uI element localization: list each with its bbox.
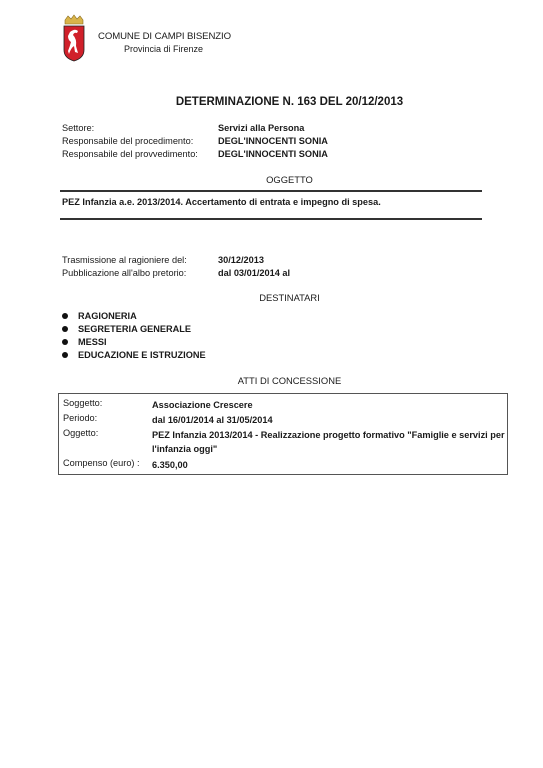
transmission-value: 30/12/2013 bbox=[218, 255, 264, 265]
atti-label-oggetto: Oggetto: bbox=[63, 428, 98, 438]
publication-value: dal 03/01/2014 al bbox=[218, 268, 290, 278]
divider bbox=[60, 218, 482, 220]
atti-value-compenso: 6.350,00 bbox=[152, 458, 507, 472]
bullet-icon bbox=[62, 326, 68, 332]
meta-label-settore: Settore: bbox=[62, 123, 94, 133]
divider bbox=[60, 190, 482, 192]
atti-label-periodo: Periodo: bbox=[63, 413, 97, 423]
atti-label-soggetto: Soggetto: bbox=[63, 398, 102, 408]
destinatari-heading: DESTINATARI bbox=[0, 292, 543, 303]
coat-of-arms-icon bbox=[62, 14, 86, 62]
document-title: DETERMINAZIONE N. 163 DEL 20/12/2013 bbox=[0, 96, 543, 108]
meta-value-procedimento: DEGL'INNOCENTI SONIA bbox=[218, 136, 328, 146]
atti-value-soggetto: Associazione Crescere bbox=[152, 398, 507, 412]
atti-value-oggetto: PEZ Infanzia 2013/2014 - Realizzazione p… bbox=[152, 428, 507, 456]
province-name: Provincia di Firenze bbox=[124, 44, 203, 54]
destinatari-list: RAGIONERIA SEGRETERIA GENERALE MESSI EDU… bbox=[62, 310, 206, 362]
list-item: RAGIONERIA bbox=[62, 310, 206, 323]
atti-label-compenso: Compenso (euro) : bbox=[63, 458, 140, 468]
list-item: MESSI bbox=[62, 336, 206, 349]
atti-value-periodo: dal 16/01/2014 al 31/05/2014 bbox=[152, 413, 507, 427]
meta-label-provvedimento: Responsabile del provvedimento: bbox=[62, 149, 198, 159]
publication-label: Pubblicazione all'albo pretorio: bbox=[62, 268, 186, 278]
bullet-icon bbox=[62, 313, 68, 319]
transmission-label: Trasmissione al ragioniere del: bbox=[62, 255, 187, 265]
organization-name: COMUNE DI CAMPI BISENZIO bbox=[98, 31, 231, 42]
oggetto-text: PEZ Infanzia a.e. 2013/2014. Accertament… bbox=[62, 197, 381, 207]
list-item: EDUCAZIONE E ISTRUZIONE bbox=[62, 349, 206, 362]
meta-value-provvedimento: DEGL'INNOCENTI SONIA bbox=[218, 149, 328, 159]
bullet-icon bbox=[62, 352, 68, 358]
atti-box: Soggetto: Associazione Crescere Periodo:… bbox=[58, 393, 508, 475]
bullet-icon bbox=[62, 339, 68, 345]
oggetto-heading: OGGETTO bbox=[0, 174, 543, 185]
list-item: SEGRETERIA GENERALE bbox=[62, 323, 206, 336]
atti-heading: ATTI DI CONCESSIONE bbox=[0, 375, 543, 386]
meta-label-procedimento: Responsabile del procedimento: bbox=[62, 136, 193, 146]
meta-value-settore: Servizi alla Persona bbox=[218, 123, 304, 133]
